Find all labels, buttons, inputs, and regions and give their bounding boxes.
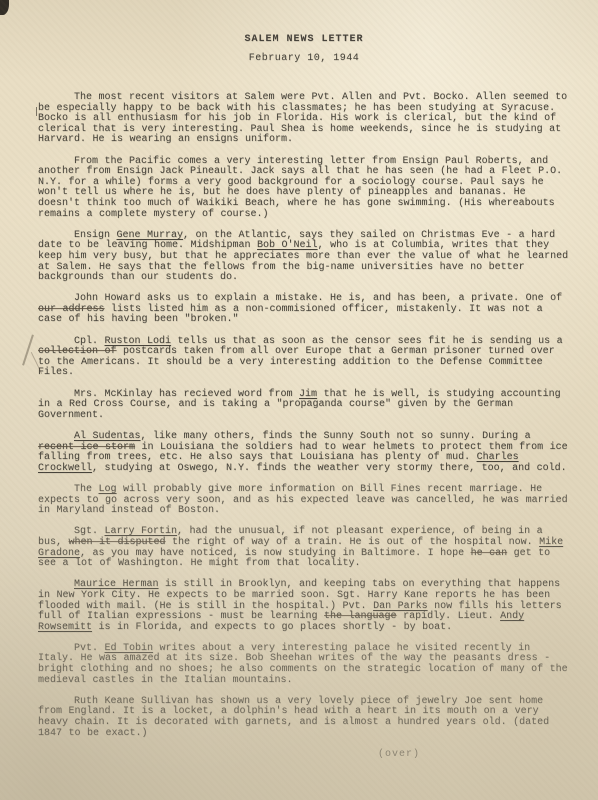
text-segment: From the Pacific comes a very interestin… (38, 156, 562, 220)
paragraph-8: The Log will probably give more informat… (38, 485, 570, 517)
text-segment: will probably give more information on B… (38, 484, 568, 516)
paragraph-1: The most recent visitors at Salem were P… (38, 93, 570, 146)
text-segment: tells us that as soon as the censor sees… (171, 336, 563, 347)
text-segment: , like many others, finds the Sunny Sout… (141, 431, 531, 442)
text-segment: Ruth Keane Sullivan has shown us a very … (38, 696, 549, 739)
text-segment: Sgt. (74, 526, 105, 537)
text-segment: lists listed him as a non-commisioned of… (38, 304, 543, 326)
paragraph-3: Ensign Gene Murray, on the Atlantic, say… (38, 231, 570, 284)
text-segment: The most recent visitors at Salem were P… (38, 92, 567, 145)
struck-text: he can (471, 548, 508, 559)
scan-corner-blot (0, 0, 9, 15)
page-over-marker: (over) (378, 749, 420, 760)
paragraph-6: Mrs. McKinlay has recieved word from Jim… (38, 390, 570, 422)
paragraph-12: Ruth Keane Sullivan has shown us a very … (38, 697, 570, 739)
paragraph-10: Maurice Herman is still in Brooklyn, and… (38, 580, 570, 633)
letter-body: The most recent visitors at Salem were P… (38, 93, 570, 739)
underlined-name: Larry Fortin (105, 526, 178, 537)
text-segment: rapidly. Lieut. (397, 611, 501, 622)
underlined-name: Maurice Herman (74, 579, 159, 590)
underlined-name: Al Sudentas (74, 431, 141, 442)
underlined-name: Ruston Lodi (105, 336, 172, 347)
text-segment: John Howard asks us to explain a mistake… (74, 293, 562, 304)
text-segment: The (74, 484, 99, 495)
text-segment: the right of way of a train. He is out o… (166, 537, 540, 548)
text-segment: , studying at Oswego, N.Y. finds the wea… (92, 463, 567, 474)
letter-page: SALEM NEWS LETTER February 10, 1944 The … (0, 0, 598, 800)
paragraph-5: Cpl. Ruston Lodi tells us that as soon a… (38, 337, 570, 379)
underlined-name: Jim (299, 389, 317, 400)
struck-text: collection of (38, 346, 117, 357)
text-segment: , as you may have noticed, is now studyi… (80, 548, 471, 559)
text-segment: Mrs. McKinlay has recieved word from (74, 389, 299, 400)
pencil-mark (22, 335, 33, 366)
struck-text: the language (324, 611, 397, 622)
ink-tick-mark (36, 107, 37, 116)
letter-header: SALEM NEWS LETTER February 10, 1944 (38, 0, 570, 64)
paragraph-2: From the Pacific comes a very interestin… (38, 157, 570, 221)
struck-text: when it disputed (69, 537, 166, 548)
paragraph-9: Sgt. Larry Fortin, had the unusual, if n… (38, 527, 570, 569)
struck-text: recent ice storm (38, 442, 135, 453)
paragraph-4: John Howard asks us to explain a mistake… (38, 294, 570, 326)
text-segment: is in Florida, and expects to go places … (92, 622, 452, 633)
paragraph-11: Pvt. Ed Tobin writes about a very intere… (38, 644, 570, 686)
letter-date: February 10, 1944 (38, 53, 570, 64)
underlined-name: Dan Parks (373, 601, 428, 612)
underlined-name: Log (99, 484, 117, 495)
paragraph-7: Al Sudentas, like many others, finds the… (38, 432, 570, 474)
text-segment: Cpl. (74, 336, 105, 347)
underlined-name: Bob O'Neil (257, 240, 318, 251)
letter-title: SALEM NEWS LETTER (38, 34, 570, 45)
